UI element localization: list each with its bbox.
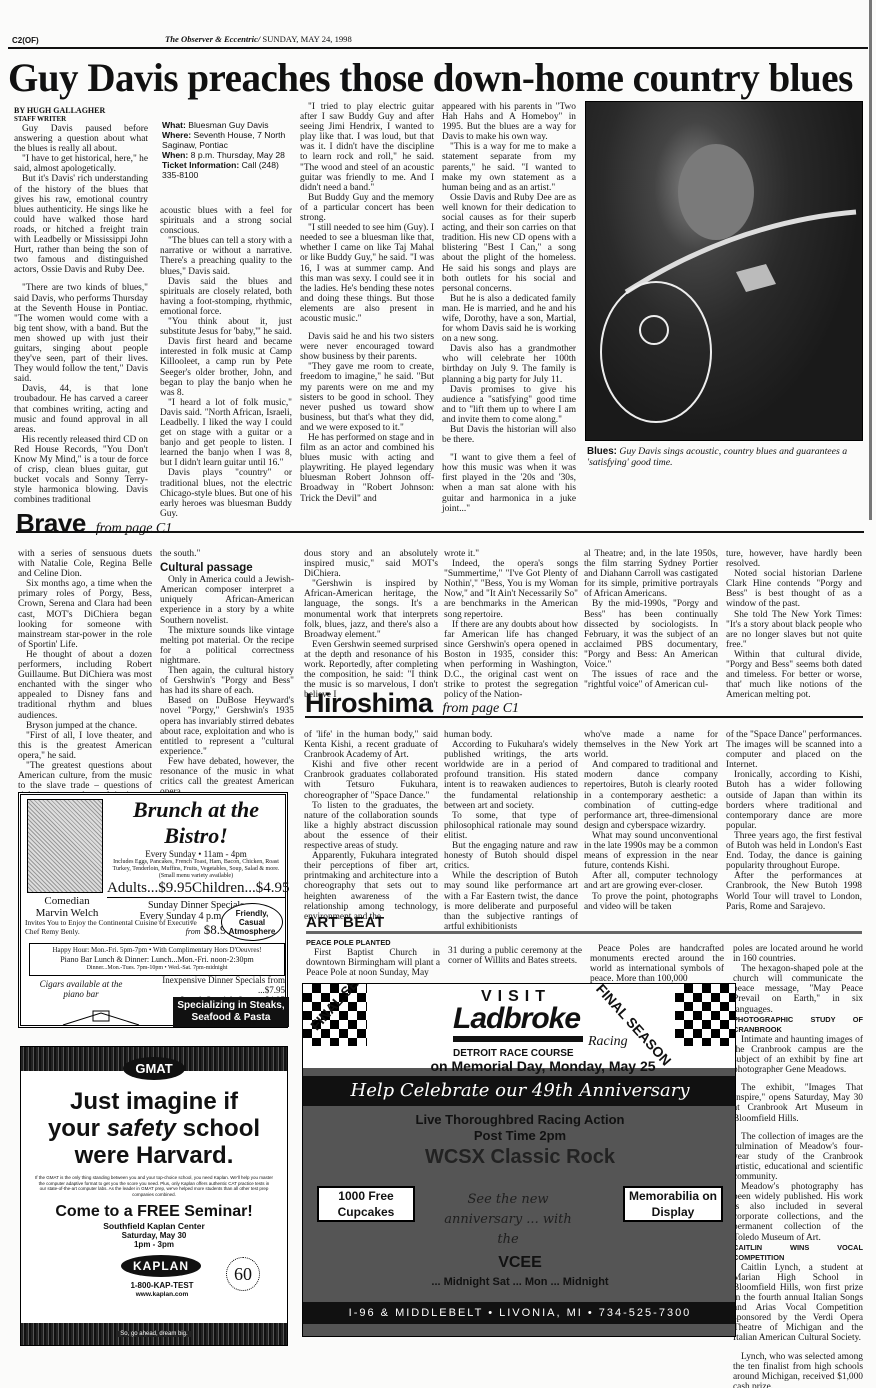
comedian-block: Comedian Marvin Welch Invites You to Enj… — [25, 895, 205, 936]
paragraph: Davis promises to give his audience a "s… — [442, 385, 576, 425]
peace-pole-col-1: PEACE POLE PLANTED First Baptist Church … — [306, 938, 440, 978]
paragraph: And compared to traditional and modern d… — [584, 760, 718, 831]
jump-from: from page C1 — [96, 521, 172, 537]
paragraph: Six months ago, a time when the primary … — [18, 579, 152, 650]
entertainment: Entertainment — [181, 1017, 281, 1027]
paragraph: But Davis the historian will also be the… — [442, 425, 576, 445]
brave-col-1: with a series of sensuous duets with Nat… — [18, 549, 152, 811]
kaplan-phone[interactable]: 1-800-KAP-TEST — [107, 1281, 217, 1290]
paragraph: The collection of images are the culmina… — [733, 1132, 863, 1182]
seminar-time: 1pm - 3pm — [21, 1240, 287, 1249]
cigars-note: Cigars available at the piano bar — [31, 979, 131, 999]
hiroshima-jump-head: Hiroshima from page C1 — [305, 688, 519, 719]
paragraph: 31 during a public ceremony at the corne… — [448, 946, 582, 966]
paragraph: But it's Davis' rich understanding of th… — [14, 174, 148, 275]
paragraph: By the mid-1990s, "Porgy and Bess" has b… — [584, 599, 718, 670]
free-cupcakes-box: 1000 Free Cupcakes — [317, 1186, 415, 1222]
paragraph: He thought of about a dozen performers, … — [18, 650, 152, 721]
gmat-badge-wrap: GMAT — [21, 1057, 287, 1080]
paragraph: What may sound unconventional in the lat… — [584, 831, 718, 871]
paragraph: The issues of race and the "rightful voi… — [584, 670, 718, 690]
hiroshima-col-2: human body. According to Fukuhara's wide… — [444, 730, 578, 932]
paragraph: Noted social historian Darlene Clark Hin… — [726, 569, 862, 609]
art-beat-heading: ART BEAT — [306, 914, 385, 931]
paragraph: the south." — [160, 549, 294, 559]
venue-name: VCEE — [303, 1254, 736, 1272]
post-time: Post Time 2pm — [303, 1128, 736, 1143]
publication-name: The Observer & Eccentric/ — [165, 34, 260, 44]
headline: Guy Davis preaches those down-home count… — [8, 54, 853, 101]
guitarist-icon — [586, 102, 864, 442]
kicker-peace-pole: PEACE POLE PLANTED — [306, 938, 440, 948]
byline: BY HUGH GALLAGHER — [14, 106, 154, 115]
paragraph: To prove the point, photographs and vide… — [584, 892, 718, 912]
dateline: The Observer & Eccentric/ SUNDAY, MAY 24… — [165, 34, 352, 44]
paragraph: To some, that type of philosophical rati… — [444, 811, 578, 841]
caption-text: Guy Davis sings acoustic, country blues … — [587, 446, 847, 468]
seminar-location: Southfield Kaplan Center — [21, 1221, 287, 1231]
paragraph: He has performed on stage and in film as… — [300, 433, 434, 504]
radio-station: WCSX Classic Rock — [303, 1146, 736, 1169]
event-when: 8 p.m. Thursday, May 28 — [191, 150, 285, 160]
comedian-photo — [27, 799, 103, 893]
seminar-cta[interactable]: Come to a FREE Seminar! — [21, 1203, 287, 1221]
child-price: Children...$4.95 — [192, 880, 290, 897]
issue-date: SUNDAY, MAY 24, 1998 — [262, 34, 351, 44]
paragraph: Ironically, according to Kishi, Butoh ha… — [726, 770, 862, 831]
paragraph: First Baptist Church in downtown Birming… — [306, 948, 440, 978]
hiroshima-col-3: who've made a name for themselves in the… — [584, 730, 718, 912]
invite-text: Invites You to Enjoy the Continental Cui… — [25, 919, 205, 936]
paragraph: dous story and an absolutely inspired mu… — [304, 549, 438, 579]
paragraph: "I still needed to see him (Guy). I need… — [300, 223, 434, 324]
anniversary-banner: Help Celebrate our 49th Anniversary — [303, 1076, 736, 1106]
kaplan-tagline-band: So, go ahead, dream big. — [21, 1323, 287, 1345]
jump-label: Hiroshima — [305, 688, 433, 719]
paragraph: Meadow's photography has been widely pub… — [733, 1182, 863, 1243]
paragraph: wrote it." — [444, 549, 578, 559]
paragraph: She told The New York Times: "It's a sto… — [726, 610, 862, 650]
brave-col-6: ture, however, have hardly been resolved… — [726, 549, 862, 700]
paragraph: human body. — [444, 730, 578, 740]
peace-pole-col-2: 31 during a public ceremony at the corne… — [448, 946, 582, 966]
paragraph: Peace Poles are handcrafted monuments er… — [590, 944, 724, 984]
ladbroke-racing-ad[interactable]: FINAL SEASON FINAL SEASON VISIT Ladbroke… — [302, 983, 736, 1337]
label: When: — [162, 150, 188, 160]
jump-label: Brave — [16, 508, 86, 539]
text: school — [176, 1115, 260, 1142]
horse-silhouette-icon — [453, 1036, 583, 1042]
paragraph: Within that cultural divide, "Porgy and … — [726, 650, 862, 700]
masthead-rule — [8, 47, 868, 49]
paragraph: Then again, the cultural history of Gers… — [160, 666, 294, 696]
paragraph: "I have to get historical, here," he sai… — [14, 154, 148, 174]
paragraph: of 'life' in the human body," said Kenta… — [304, 730, 438, 760]
paragraph: "There are two kinds of blues," said Dav… — [14, 283, 148, 384]
kaplan-logo: KAPLAN — [121, 1255, 201, 1277]
paragraph: of the "Space Dance" performances. The i… — [726, 730, 862, 770]
brunch-hours: Every Sunday • 11am - 4pm — [107, 849, 285, 859]
friendly-burst: Friendly, Casual Atmosphere — [221, 903, 283, 941]
peace-pole-col-3: Peace Poles are handcrafted monuments er… — [590, 944, 724, 984]
paragraph: Apparently, Fukuhara integrated their pe… — [304, 851, 438, 922]
kicker-vocal-competition: CAITLIN WINS VOCAL COMPETITION — [733, 1243, 863, 1263]
paragraph: Lynch, who was selected among the ten fi… — [733, 1352, 863, 1388]
lead-col-4: appeared with his parents in "Two Hah Ha… — [442, 102, 576, 514]
paragraph: Ossie Davis and Ruby Dee are as well kno… — [442, 193, 576, 294]
kaplan-logo-row: KAPLAN 1-800-KAP-TEST www.kaplan.com 60 — [21, 1255, 287, 1315]
event-hours: ... Midnight Sat ... Mon ... Midnight — [303, 1276, 736, 1288]
racing-script: Racing — [588, 1034, 628, 1050]
paragraph: "You think about it, just substitute Jes… — [160, 317, 292, 337]
brave-col-4: wrote it." Indeed, the opera's songs "Su… — [444, 549, 578, 700]
paragraph: Davis said the blues and spirituals are … — [160, 277, 292, 317]
memorial-day: on Memorial Day, Monday, May 25 — [363, 1058, 723, 1074]
happy-hour: Happy Hour: Mon.-Fri. 5pm-7pm • With Com… — [32, 946, 282, 955]
seminar-date: Saturday, May 30 — [21, 1231, 287, 1240]
event-info-box: What: Bluesman Guy Davis Where: Seventh … — [162, 120, 290, 180]
paragraph: who've made a name for themselves in the… — [584, 730, 718, 760]
piano-dinner: Dinner...Mon.-Tues. 7pm-10pm • Wed.-Sat.… — [32, 964, 282, 973]
section-rule — [306, 931, 862, 934]
lead-col-1: Guy Davis paused before answering a ques… — [14, 124, 148, 505]
art-beat-right-col: poles are located around he world in 160… — [733, 944, 863, 1388]
label: Where: — [162, 130, 191, 140]
paragraph: "The blues can tell a story with a narra… — [160, 236, 292, 276]
paragraph: with a series of sensuous duets with Nat… — [18, 549, 152, 579]
byline-title: STAFF WRITER — [14, 115, 154, 124]
jump-from: from page C1 — [443, 701, 519, 717]
event-what: Bluesman Guy Davis — [188, 120, 268, 130]
brave-col-2: the south." Cultural passage Only in Ame… — [160, 549, 294, 807]
paragraph: Davis said he and his two sisters were n… — [300, 332, 434, 362]
brave-col-3: dous story and an absolutely inspired mu… — [304, 549, 438, 700]
checkered-flag-right-icon — [675, 984, 736, 1046]
brunch-includes: Includes Eggs, Pancakes, French Toast, H… — [107, 859, 285, 880]
kicker-photo-study: PHOTOGRAPHIC STUDY OF CRANBROOK — [733, 1015, 863, 1035]
paragraph: Davis also has a grandmother who will ce… — [442, 344, 576, 384]
label: What: — [162, 120, 186, 130]
happy-hour-box: Happy Hour: Mon.-Fri. 5pm-7pm • With Com… — [29, 943, 285, 976]
paragraph: "Gershwin is inspired by African-America… — [304, 579, 438, 640]
kaplan-fine-print: If the GMAT is the only thing standing b… — [21, 1175, 287, 1197]
subhead-cultural-passage: Cultural passage — [160, 563, 294, 573]
memorabilia-box: Memorabilia on Display — [623, 1186, 723, 1222]
paragraph: poles are located around he world in 160… — [733, 944, 863, 964]
dinner-specials: Inexpensive Dinner Specials from ...$7.9… — [145, 975, 285, 995]
brave-jump-head: Brave from page C1 — [16, 508, 172, 539]
paragraph: "First of all, I love theater, and this … — [18, 731, 152, 761]
paragraph: The exhibit, "Images That Inspire," open… — [733, 1083, 863, 1123]
text: safety — [107, 1115, 176, 1142]
lead-col-2: acoustic blues with a feel for spiritual… — [160, 206, 292, 519]
bistro-title: Brunch at the Bistro! — [107, 797, 285, 849]
page-folio: C2(OF) — [12, 36, 39, 45]
paragraph: "This is a way for me to make a statemen… — [442, 142, 576, 192]
paragraph: Indeed, the opera's songs "Summertime," … — [444, 559, 578, 620]
paragraph: After all, computer technology and art a… — [584, 871, 718, 891]
paragraph: acoustic blues with a feel for spiritual… — [160, 206, 292, 236]
paragraph: But he is also a dedicated family man. H… — [442, 294, 576, 344]
paragraph: According to Fukuhara's widely published… — [444, 740, 578, 811]
paragraph: Guy Davis paused before answering a ques… — [14, 124, 148, 154]
paragraph: While the description of Butoh may sound… — [444, 871, 578, 932]
paragraph: "They gave me room to create, freedom to… — [300, 362, 434, 433]
text: your — [48, 1115, 107, 1142]
paragraph: ture, however, have hardly been resolved… — [726, 549, 862, 569]
kaplan-headline-2: your safety school — [21, 1115, 287, 1142]
live-racing: Live Thoroughbred Racing Action — [303, 1112, 736, 1127]
guy-davis-photo — [585, 101, 863, 441]
paragraph: But the engaging nature and raw honesty … — [444, 841, 578, 871]
kaplan-headline-3: were Harvard. — [21, 1142, 287, 1169]
ladbroke-logo: Ladbroke — [453, 1002, 580, 1036]
lead-col-3: "I tried to play electric guitar after I… — [300, 102, 434, 504]
paragraph: His recently released third CD on Red Ho… — [14, 435, 148, 506]
bistro-ad[interactable]: Brunch at the Bistro! Every Sunday • 11a… — [18, 792, 288, 1028]
paragraph: Davis plays "country" or traditional blu… — [160, 468, 292, 518]
kaplan-gmat-ad[interactable]: GMAT Just imagine if your safety school … — [20, 1046, 288, 1346]
address-bar[interactable]: I-96 & MIDDLEBELT • LIVONIA, MI • 734-52… — [303, 1302, 736, 1324]
paragraph: Based on DuBose Heyward's novel "Porgy,"… — [160, 696, 294, 757]
hiroshima-col-1: of 'life' in the human body," said Kenta… — [304, 730, 438, 922]
paragraph: Bryson jumped at the chance. — [18, 721, 152, 731]
paragraph: appeared with his parents in "Two Hah Ha… — [442, 102, 576, 142]
paragraph: The hexagon-shaped pole at the church wi… — [733, 964, 863, 1014]
byline-block: BY HUGH GALLAGHER STAFF WRITER — [14, 106, 154, 124]
paragraph: But Buddy Guy and the memory of a partic… — [300, 193, 434, 223]
caption-label: Blues: — [587, 446, 617, 457]
paragraph: "I want to give them a feel of how this … — [442, 453, 576, 514]
section-rule — [16, 531, 864, 533]
kaplan-headline-1: Just imagine if — [21, 1088, 287, 1115]
section-rule — [305, 716, 863, 718]
photo-caption: Blues: Guy Davis sings acoustic, country… — [587, 446, 861, 468]
see-text: See the new anniversary ... with the — [433, 1190, 583, 1250]
paragraph: Three years ago, the first festival of B… — [726, 831, 862, 871]
kaplan-website[interactable]: www.kaplan.com — [107, 1291, 217, 1298]
paragraph: "I heard a lot of folk music," Davis sai… — [160, 398, 292, 469]
gmat-badge: GMAT — [123, 1057, 184, 1080]
anniversary-seal-icon: 60 — [226, 1257, 260, 1291]
bistro-logo-icon — [61, 1007, 141, 1027]
paragraph: Kishi and five other recent Cranbrook gr… — [304, 760, 438, 800]
paragraph: Davis, 44, is that lone troubadour. He h… — [14, 384, 148, 434]
comedian-label: Comedian — [25, 895, 109, 907]
paragraph: Davis first heard and became interested … — [160, 337, 292, 398]
paragraph: After the performances at Cranbrook, the… — [726, 871, 862, 911]
label: Ticket Information: — [162, 160, 239, 170]
paragraph: al Theatre; and, in the late 1950s, the … — [584, 549, 718, 599]
paragraph: To listen to the graduates, the nature o… — [304, 801, 438, 851]
paragraph: The mixture sounds like vintage melting … — [160, 626, 294, 666]
piano-bar: Piano Bar Lunch & Dinner: Lunch...Mon.-F… — [32, 955, 282, 964]
paragraph: "I tried to play electric guitar after I… — [300, 102, 434, 193]
paragraph: Only in America could a Jewish-American … — [160, 575, 294, 625]
hiroshima-col-4: of the "Space Dance" performances. The i… — [726, 730, 862, 912]
paragraph: Intimate and haunting images of the Cran… — [733, 1035, 863, 1075]
paragraph: Caitlin Lynch, a student at Marian High … — [733, 1263, 863, 1344]
brave-col-5: al Theatre; and, in the late 1950s, the … — [584, 549, 718, 690]
page-edge — [869, 0, 872, 520]
kaplan-tagline: So, go ahead, dream big. — [117, 1331, 190, 1337]
